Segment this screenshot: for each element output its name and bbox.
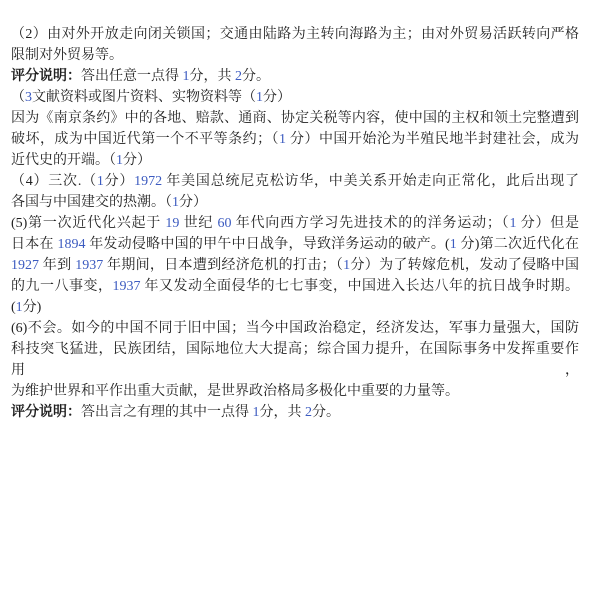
text-line-answer6-cont: 科技突飞猛进，民族团结，国际地位大大提高；综合国力提升，在国际事务中发挥重要作用… <box>11 339 579 381</box>
text-line-answer5: (5)第一次近代化兴起于 19 世纪 60 年代向西方学习先进技术的的洋务运动；… <box>11 213 579 234</box>
year-number: 19 <box>165 216 179 231</box>
text-line-scoring-note-2: 评分说明：答出言之有理的其中一点得 1分，共 2分。 <box>11 402 579 423</box>
text-segment: （4）三次.（ <box>11 174 97 189</box>
text-segment: 分，共 <box>190 69 236 84</box>
text-segment: 分）中国开始沦为半殖民地半封建社会，成为 <box>286 132 579 147</box>
score-number: 2 <box>235 69 242 84</box>
text-line-answer4: （4）三次.（1分）1972 年美国总统尼克松访华，中美关系开始走向正常化，此后… <box>11 171 579 192</box>
text-segment: (5)第一次近代化兴起于 <box>11 216 165 231</box>
text-line-answer5-cont: 1927 年到 1937 年期间，日本遭到经济危机的打击；（1分）为了转嫁危机，… <box>11 255 579 276</box>
text-segment: 破坏，成为中国近代第一个不平等条约；（ <box>11 132 279 147</box>
text-line-answer6: (6)不会。如今的中国不同于旧中国；当今中国政治稳定，经济发达，军事力量强大，国… <box>11 318 579 339</box>
score-number: 1 <box>279 132 286 147</box>
text-segment: 分) <box>23 300 42 315</box>
scoring-note-label: 评分说明： <box>11 405 81 420</box>
text-segment: (6)不会。如今的中国不同于旧中国；当今中国政治稳定，经济发达，军事力量强大，国… <box>11 321 579 336</box>
score-number: 3 <box>25 90 32 105</box>
text-line-answer4-end: 各国与中国建交的热潮。（1分） <box>11 192 579 213</box>
text-segment: （2）由对外开放走向闭关锁国；交通由陆路为主转向海路为主；由对外贸易活跃转向严格 <box>11 27 579 42</box>
text-segment: 分）为了转嫁危机，发动了侵略中国 <box>350 258 579 273</box>
score-number: 2 <box>305 405 312 420</box>
text-segment: 日本在 <box>11 237 57 252</box>
year-number: 1937 <box>113 279 141 294</box>
text-segment: 近代史的开端。（ <box>11 153 116 168</box>
text-segment: 文献资料或图片资料、实物资料等（ <box>32 90 256 105</box>
text-segment: 分，共 <box>260 405 306 420</box>
text-segment: 分） <box>104 174 134 189</box>
text-segment: 答出言之有理的其中一点得 <box>81 405 253 420</box>
text-segment: 各国与中国建交的热潮。（ <box>11 195 172 210</box>
score-number: 1 <box>172 195 179 210</box>
year-number: 1894 <box>57 237 85 252</box>
text-segment: 年期间，日本遭到经济危机的打击；（ <box>103 258 343 273</box>
score-number: 1 <box>183 69 190 84</box>
text-line-answer2: （2）由对外开放走向闭关锁国；交通由陆路为主转向海路为主；由对外贸易活跃转向严格 <box>11 24 579 45</box>
text-segment: 科技突飞猛进，民族团结，国际地位大大提高；综合国力提升，在国际事务中发挥重要作用… <box>11 342 579 378</box>
text-segment: 年到 <box>39 258 75 273</box>
text-segment: 年发动侵略中国的甲午中日战争，导致洋务运动的破产。( <box>85 237 449 252</box>
text-segment: 答出任意一点得 <box>81 69 183 84</box>
document-page: （2）由对外开放走向闭关锁国；交通由陆路为主转向海路为主；由对外贸易活跃转向严格… <box>0 0 591 594</box>
score-number: 1 <box>16 300 23 315</box>
score-number: 1 <box>450 237 457 252</box>
text-line-answer3-end: 近代史的开端。（1分） <box>11 150 579 171</box>
text-line-answer5-cont: 的九一八事变，1937 年又发动全面侵华的七七事变，中国进入长达八年的抗日战争时… <box>11 276 579 297</box>
year-number: 1937 <box>75 258 103 273</box>
text-line-answer5-end: (1分) <box>11 297 579 318</box>
text-line-answer5-cont: 日本在 1894 年发动侵略中国的甲午中日战争，导致洋务运动的破产。(1 分)第… <box>11 234 579 255</box>
year-number: 60 <box>217 216 231 231</box>
text-segment: 年又发动全面侵华的七七事变，中国进入长达八年的抗日战争时期。 <box>141 279 580 294</box>
text-line-answer2-cont: 限制对外贸易等。 <box>11 45 579 66</box>
year-number: 1927 <box>11 258 39 273</box>
text-segment: 限制对外贸易等。 <box>11 48 123 63</box>
text-segment: 分）但是 <box>516 216 579 231</box>
text-segment: 分） <box>179 195 207 210</box>
text-line-answer3-cont: 破坏，成为中国近代第一个不平等条约；（1 分）中国开始沦为半殖民地半封建社会，成… <box>11 129 579 150</box>
score-number: 1 <box>256 90 263 105</box>
score-number: 1 <box>116 153 123 168</box>
score-number: 1 <box>97 174 104 189</box>
text-segment: 为维护世界和平作出重大贡献，是世界政治格局多极化中重要的力量等。 <box>11 384 459 399</box>
score-number: 1 <box>253 405 260 420</box>
text-segment: 因为《南京条约》中的各地、赔款、通商、协定关税等内容，使中国的主权和领土完整遭到 <box>11 111 579 126</box>
text-segment: 年美国总统尼克松访华，中美关系开始走向正常化，此后出现了 <box>162 174 579 189</box>
text-segment: 的九一八事变， <box>11 279 113 294</box>
text-segment: 分)第二次近代化在 <box>457 237 579 252</box>
text-line-answer3: （3文献资料或图片资料、实物资料等（1分） <box>11 87 579 108</box>
text-line-answer3-cont: 因为《南京条约》中的各地、赔款、通商、协定关税等内容，使中国的主权和领土完整遭到 <box>11 108 579 129</box>
text-line-scoring-note-1: 评分说明：答出任意一点得 1分，共 2分。 <box>11 66 579 87</box>
text-segment: 年代向西方学习先进技术的的洋务运动；（ <box>231 216 509 231</box>
text-segment: 分） <box>263 90 291 105</box>
text-line-answer6-end: 为维护世界和平作出重大贡献，是世界政治格局多极化中重要的力量等。 <box>11 381 579 402</box>
scoring-note-label: 评分说明： <box>11 69 81 84</box>
text-segment: 分） <box>123 153 151 168</box>
text-segment: 分。 <box>312 405 340 420</box>
text-segment: 分。 <box>242 69 270 84</box>
year-number: 1972 <box>134 174 162 189</box>
text-segment: （ <box>11 90 25 105</box>
text-segment: 世纪 <box>179 216 217 231</box>
